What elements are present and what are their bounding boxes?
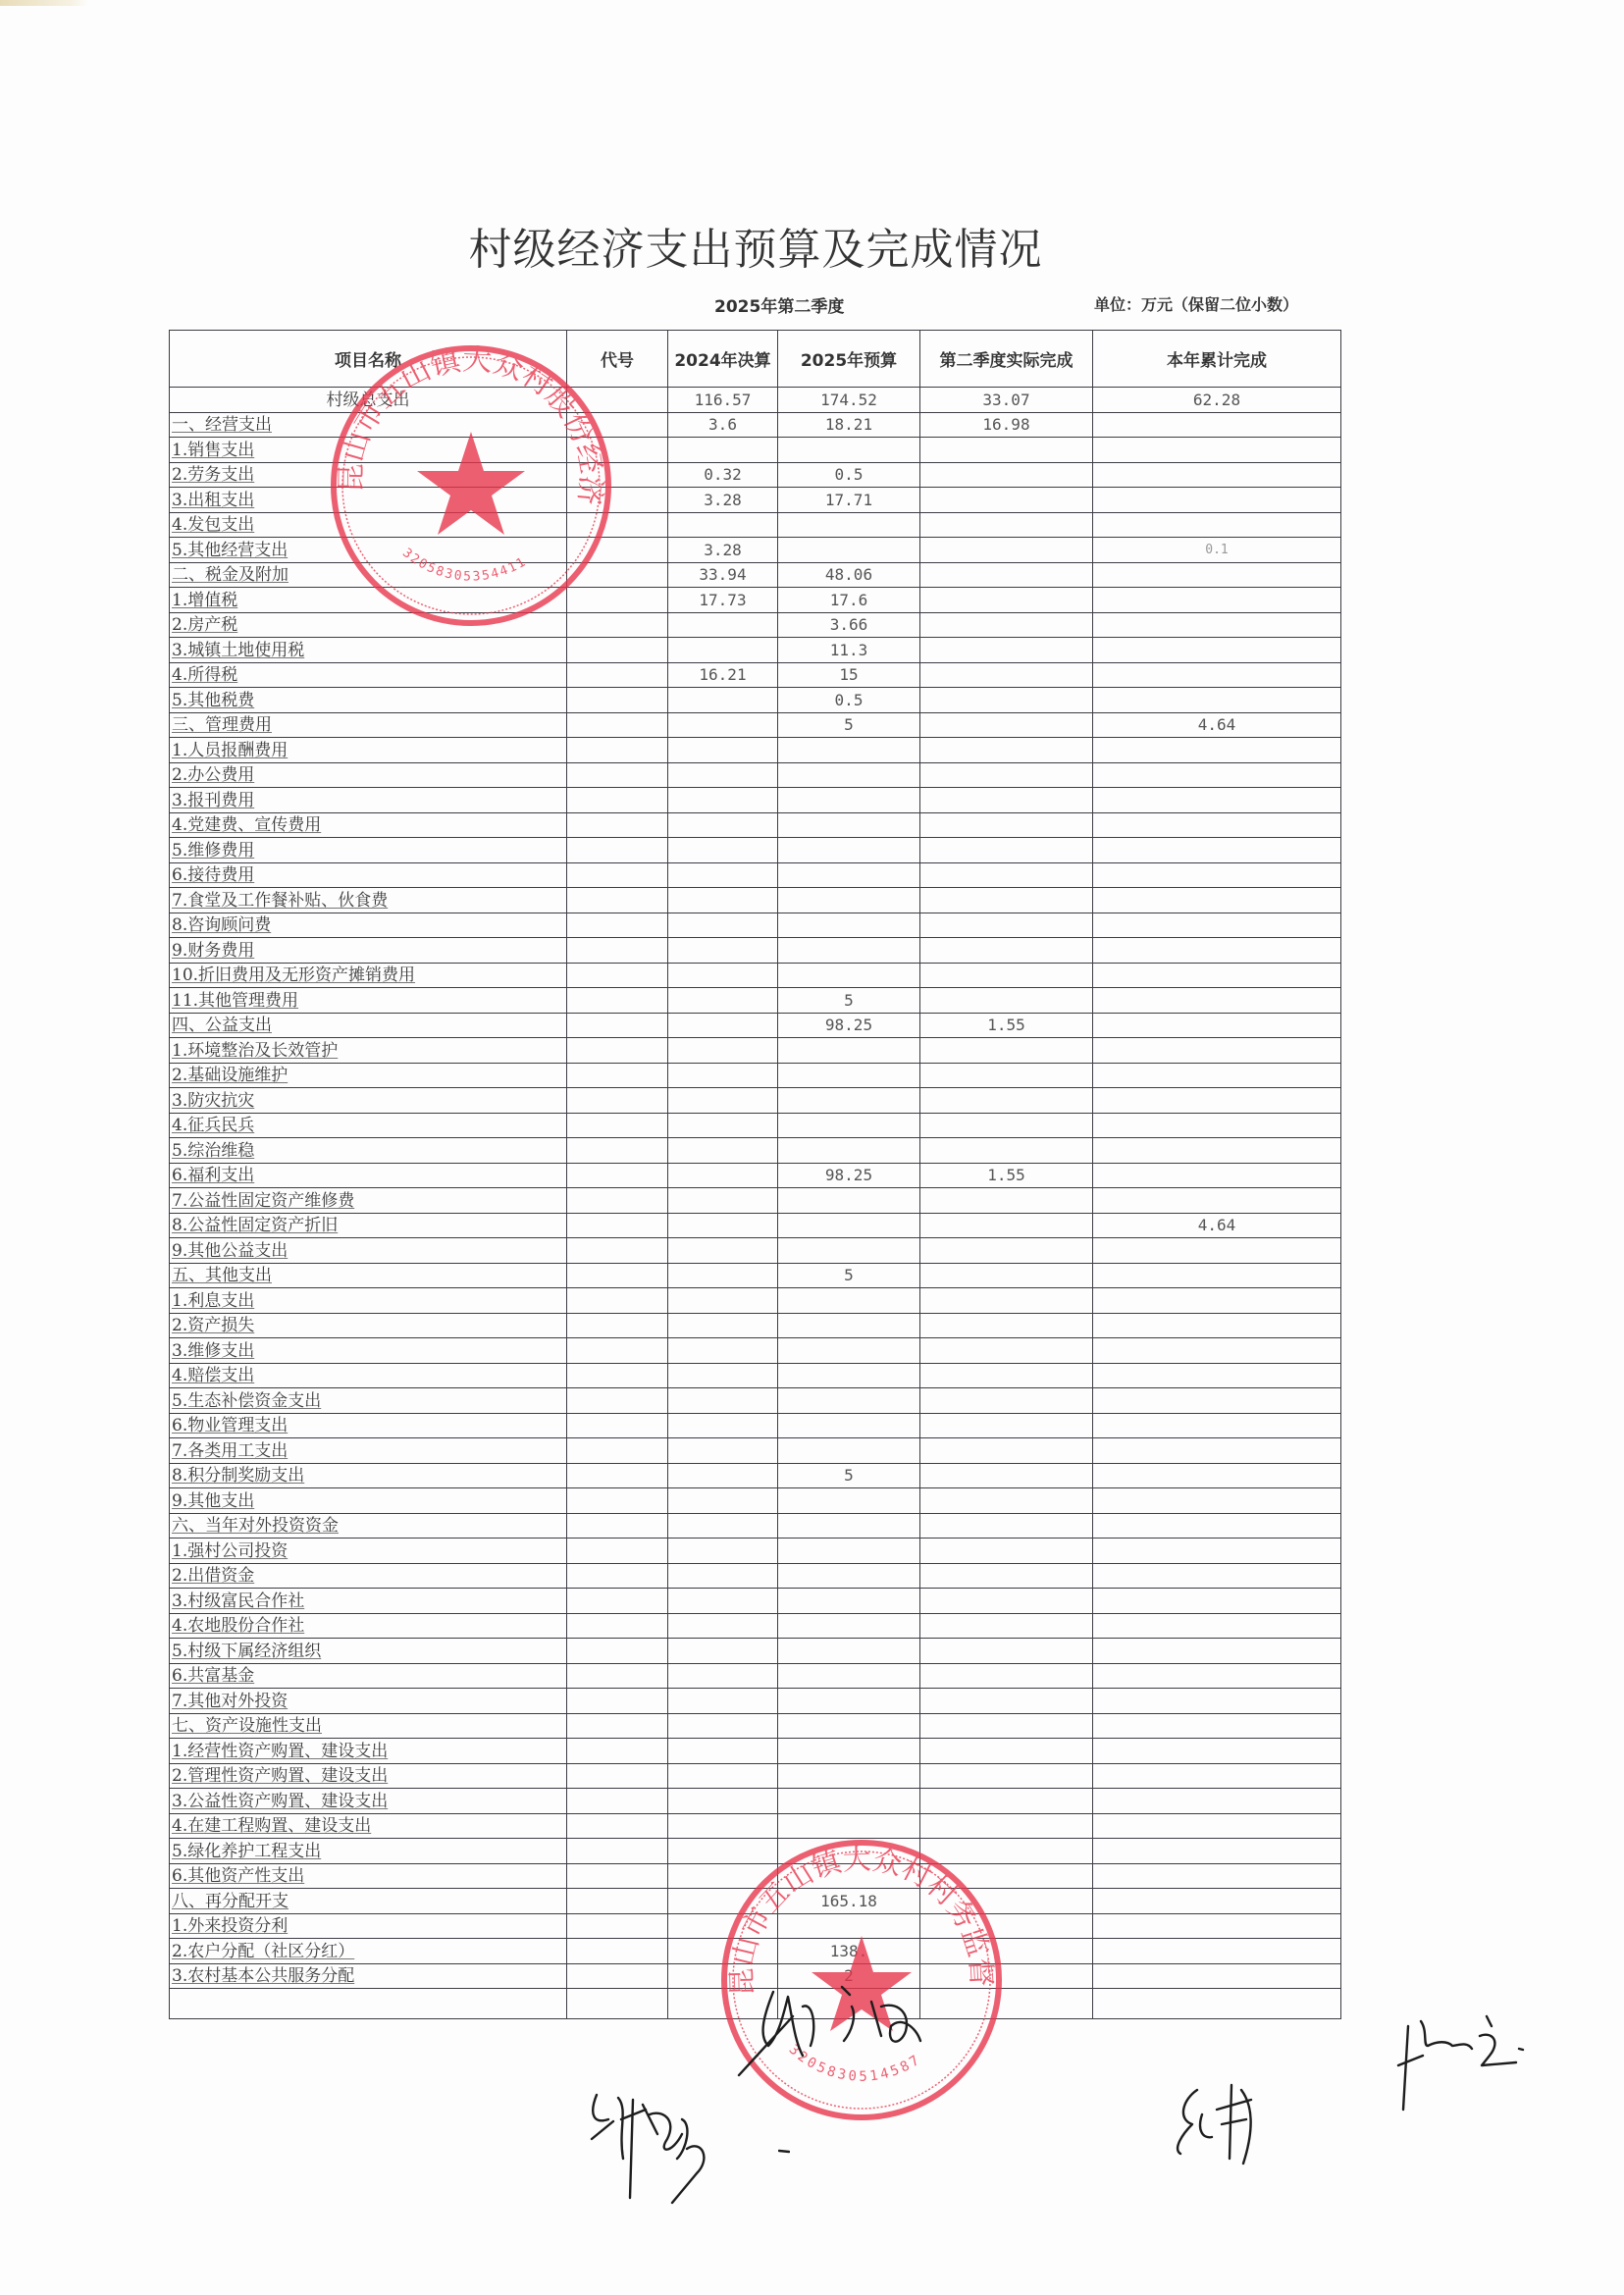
table-row: 9.其他公益支出: [170, 1238, 1341, 1264]
cell-budget-2025: [778, 1713, 920, 1739]
cell-budget-2025: [778, 1763, 920, 1789]
table-row: 7.各类用工支出: [170, 1438, 1341, 1464]
cell-q2-actual: [920, 1613, 1093, 1639]
cell-code: [567, 1413, 668, 1438]
table-row: 5.绿化养护工程支出: [170, 1839, 1341, 1864]
cell-budget-2025: [778, 1513, 920, 1539]
cell-item-name: 5.综治维稳: [170, 1138, 567, 1164]
cell-item-name: 7.食堂及工作餐补贴、伙食费: [170, 888, 567, 913]
cell-q2-actual: [920, 1689, 1093, 1714]
cell-budget-2025: [778, 1739, 920, 1764]
header-2025-budget: 2025年预算: [778, 331, 920, 388]
cell-q2-actual: [920, 1438, 1093, 1464]
table-row-section: 五、其他支出5: [170, 1263, 1341, 1288]
stroke-mark: [778, 2139, 790, 2145]
table-row: 2.农户分配（社区分红）138.: [170, 1939, 1341, 1964]
cell-budget-2025: 15: [778, 662, 920, 688]
cell-ytd-total: [1093, 1288, 1341, 1314]
cell-item-name: 9.财务费用: [170, 938, 567, 964]
cell-item-name: 村级总支出: [170, 388, 567, 413]
cell-code: [567, 688, 668, 713]
cell-code: [567, 988, 668, 1014]
cell-budget-2025: [778, 812, 920, 838]
header-item-name: 项目名称: [170, 331, 567, 388]
cell-q2-actual: [920, 1088, 1093, 1114]
cell-ytd-total: [1093, 512, 1341, 538]
cell-budget-2025: [778, 1113, 920, 1138]
signature-left: [589, 2080, 746, 2208]
table-row-section: 七、资产设施性支出: [170, 1713, 1341, 1739]
cell-q2-actual: [920, 1963, 1093, 1989]
cell-item-name: 6.其他资产性支出: [170, 1863, 567, 1889]
cell-actual-2024: [668, 1839, 778, 1864]
cell-actual-2024: [668, 1038, 778, 1064]
cell-actual-2024: [668, 1539, 778, 1564]
cell-budget-2025: [778, 1188, 920, 1214]
cell-item-name: 2.房产税: [170, 612, 567, 638]
cell-item-name: 10.折旧费用及无形资产摊销费用: [170, 963, 567, 988]
cell-item-name: 5.其他税费: [170, 688, 567, 713]
cell-actual-2024: [668, 638, 778, 663]
cell-ytd-total: [1093, 1513, 1341, 1539]
cell-actual-2024: [668, 1563, 778, 1589]
cell-budget-2025: [778, 1213, 920, 1238]
cell-actual-2024: [668, 1613, 778, 1639]
table-row: 6.物业管理支出: [170, 1413, 1341, 1438]
cell-actual-2024: [668, 838, 778, 863]
cell-item-name: 3.村级富民合作社: [170, 1589, 567, 1614]
cell-actual-2024: [668, 1163, 778, 1188]
cell-item-name: 4.征兵民兵: [170, 1113, 567, 1138]
cell-ytd-total: [1093, 812, 1341, 838]
cell-code: [567, 1663, 668, 1689]
cell-item-name: 4.党建费、宣传费用: [170, 812, 567, 838]
cell-q2-actual: [920, 1839, 1093, 1864]
table-row: 9.其他支出: [170, 1488, 1341, 1514]
cell-item-name: [170, 1989, 567, 2019]
cell-q2-actual: [920, 838, 1093, 863]
cell-actual-2024: [668, 1889, 778, 1914]
report-period: 2025年第二季度: [714, 292, 844, 317]
cell-q2-actual: [920, 612, 1093, 638]
cell-q2-actual: [920, 438, 1093, 463]
cell-code: [567, 1388, 668, 1414]
cell-actual-2024: [668, 1739, 778, 1764]
cell-ytd-total: [1093, 1963, 1341, 1989]
cell-ytd-total: [1093, 1338, 1341, 1364]
cell-budget-2025: 165.18: [778, 1889, 920, 1914]
cell-q2-actual: 1.55: [920, 1163, 1093, 1188]
cell-item-name: 六、当年对外投资资金: [170, 1513, 567, 1539]
cell-actual-2024: [668, 1188, 778, 1214]
header-code: 代号: [567, 331, 668, 388]
table-row: 6.共富基金: [170, 1663, 1341, 1689]
cell-q2-actual: [920, 938, 1093, 964]
cell-ytd-total: [1093, 1063, 1341, 1088]
cell-item-name: 八、再分配开支: [170, 1889, 567, 1914]
table-row: 4.所得税16.2115: [170, 662, 1341, 688]
cell-q2-actual: [920, 712, 1093, 738]
cell-budget-2025: 0.5: [778, 462, 920, 488]
cell-q2-actual: [920, 1863, 1093, 1889]
cell-code: [567, 1739, 668, 1764]
table-row: 3.农村基本公共服务分配2: [170, 1963, 1341, 1989]
cell-actual-2024: [668, 888, 778, 913]
cell-code: [567, 1863, 668, 1889]
table-row: 1.利息支出: [170, 1288, 1341, 1314]
cell-item-name: 1.人员报酬费用: [170, 738, 567, 763]
cell-budget-2025: [778, 738, 920, 763]
cell-q2-actual: [920, 812, 1093, 838]
cell-actual-2024: [668, 1663, 778, 1689]
cell-ytd-total: [1093, 1563, 1341, 1589]
cell-ytd-total: [1093, 1163, 1341, 1188]
cell-item-name: 2.劳务支出: [170, 462, 567, 488]
cell-code: [567, 1338, 668, 1364]
cell-item-name: 9.其他公益支出: [170, 1238, 567, 1264]
cell-code: [567, 562, 668, 588]
cell-actual-2024: [668, 1713, 778, 1739]
cell-ytd-total: [1093, 1539, 1341, 1564]
cell-actual-2024: [668, 612, 778, 638]
table-row: 2.出借资金: [170, 1563, 1341, 1589]
table-row: 5.综治维稳: [170, 1138, 1341, 1164]
cell-actual-2024: [668, 1963, 778, 1989]
cell-ytd-total: [1093, 1613, 1341, 1639]
cell-actual-2024: 3.28: [668, 488, 778, 513]
cell-ytd-total: [1093, 1789, 1341, 1814]
cell-code: [567, 963, 668, 988]
cell-code: [567, 838, 668, 863]
cell-actual-2024: [668, 812, 778, 838]
cell-actual-2024: 116.57: [668, 388, 778, 413]
cell-budget-2025: [778, 1639, 920, 1664]
table-row-section: 二、税金及附加33.9448.06: [170, 562, 1341, 588]
cell-code: [567, 1939, 668, 1964]
cell-q2-actual: [920, 1739, 1093, 1764]
cell-actual-2024: [668, 1363, 778, 1388]
table-row: 7.其他对外投资: [170, 1689, 1341, 1714]
cell-actual-2024: 3.28: [668, 538, 778, 563]
cell-item-name: 1.利息支出: [170, 1288, 567, 1314]
cell-q2-actual: [920, 1188, 1093, 1214]
cell-code: [567, 462, 668, 488]
cell-budget-2025: 2: [778, 1963, 920, 1989]
cell-code: [567, 1063, 668, 1088]
cell-q2-actual: [920, 762, 1093, 788]
table-row-total: 村级总支出116.57174.5233.0762.28: [170, 388, 1341, 413]
cell-ytd-total: [1093, 762, 1341, 788]
cell-actual-2024: [668, 1288, 778, 1314]
cell-budget-2025: 98.25: [778, 1013, 920, 1038]
cell-budget-2025: [778, 1038, 920, 1064]
cell-item-name: 4.所得税: [170, 662, 567, 688]
cell-q2-actual: [920, 1238, 1093, 1264]
cell-code: [567, 1113, 668, 1138]
cell-code: [567, 1589, 668, 1614]
cell-item-name: 9.其他支出: [170, 1488, 567, 1514]
cell-ytd-total: [1093, 438, 1341, 463]
cell-q2-actual: 1.55: [920, 1013, 1093, 1038]
cell-code: [567, 888, 668, 913]
cell-code: [567, 1363, 668, 1388]
table-row: 3.出租支出3.2817.71: [170, 488, 1341, 513]
table-row: 1.环境整治及长效管护: [170, 1038, 1341, 1064]
table-row: 2.劳务支出0.320.5: [170, 462, 1341, 488]
cell-budget-2025: [778, 1539, 920, 1564]
cell-item-name: 3.农村基本公共服务分配: [170, 1963, 567, 1989]
cell-code: [567, 1263, 668, 1288]
signature-margin: [1393, 2002, 1541, 2119]
table-row-section: 三、管理费用54.64: [170, 712, 1341, 738]
cell-item-name: 2.管理性资产购置、建设支出: [170, 1763, 567, 1789]
cell-ytd-total: 4.64: [1093, 1213, 1341, 1238]
cell-item-name: 7.其他对外投资: [170, 1689, 567, 1714]
cell-ytd-total: [1093, 1138, 1341, 1164]
cell-q2-actual: [920, 913, 1093, 938]
cell-item-name: 二、税金及附加: [170, 562, 567, 588]
cell-budget-2025: 5: [778, 1263, 920, 1288]
cell-budget-2025: 3.66: [778, 612, 920, 638]
cell-ytd-total: [1093, 1939, 1341, 1964]
cell-ytd-total: 62.28: [1093, 388, 1341, 413]
cell-q2-actual: [920, 1138, 1093, 1164]
cell-ytd-total: [1093, 1663, 1341, 1689]
cell-ytd-total: [1093, 1488, 1341, 1514]
cell-actual-2024: [668, 512, 778, 538]
cell-code: [567, 512, 668, 538]
cell-q2-actual: [920, 538, 1093, 563]
cell-actual-2024: [668, 788, 778, 813]
table-row: 4.征兵民兵: [170, 1113, 1341, 1138]
cell-q2-actual: [920, 1363, 1093, 1388]
cell-q2-actual: [920, 1488, 1093, 1514]
cell-ytd-total: [1093, 1113, 1341, 1138]
cell-budget-2025: [778, 1313, 920, 1338]
cell-ytd-total: 0.1: [1093, 538, 1341, 563]
table-row: 5.其他经营支出3.280.1: [170, 538, 1341, 563]
cell-item-name: 1.销售支出: [170, 438, 567, 463]
cell-actual-2024: [668, 1238, 778, 1264]
cell-q2-actual: [920, 1563, 1093, 1589]
cell-code: [567, 1088, 668, 1114]
cell-code: [567, 1438, 668, 1464]
cell-item-name: 8.咨询顾问费: [170, 913, 567, 938]
cell-actual-2024: [668, 1213, 778, 1238]
cell-ytd-total: [1093, 1188, 1341, 1214]
table-row: 3.城镇土地使用税11.3: [170, 638, 1341, 663]
cell-item-name: 7.各类用工支出: [170, 1438, 567, 1464]
cell-q2-actual: [920, 988, 1093, 1014]
cell-q2-actual: [920, 1763, 1093, 1789]
table-row: 2.管理性资产购置、建设支出: [170, 1763, 1341, 1789]
cell-budget-2025: [778, 1438, 920, 1464]
cell-ytd-total: [1093, 1589, 1341, 1614]
cell-ytd-total: [1093, 1463, 1341, 1488]
cell-actual-2024: [668, 988, 778, 1014]
cell-q2-actual: [920, 1663, 1093, 1689]
cell-budget-2025: [778, 1088, 920, 1114]
cell-item-name: 4.农地股份合作社: [170, 1613, 567, 1639]
unit-note: 单位：万元（保留二位小数）: [1094, 292, 1298, 315]
cell-budget-2025: [778, 1388, 920, 1414]
cell-code: [567, 1488, 668, 1514]
cell-actual-2024: [668, 1438, 778, 1464]
cell-budget-2025: [778, 938, 920, 964]
scan-edge-artifact: [0, 0, 88, 6]
cell-budget-2025: 5: [778, 1463, 920, 1488]
cell-ytd-total: [1093, 1313, 1341, 1338]
cell-actual-2024: [668, 1589, 778, 1614]
cell-budget-2025: [778, 1663, 920, 1689]
cell-actual-2024: [668, 1088, 778, 1114]
cell-q2-actual: [920, 1388, 1093, 1414]
cell-item-name: 1.环境整治及长效管护: [170, 1038, 567, 1064]
cell-budget-2025: [778, 1563, 920, 1589]
cell-actual-2024: [668, 1939, 778, 1964]
cell-code: [567, 538, 668, 563]
table-row: 10.折旧费用及无形资产摊销费用: [170, 963, 1341, 988]
cell-actual-2024: [668, 688, 778, 713]
cell-q2-actual: 33.07: [920, 388, 1093, 413]
table-row-section: 四、公益支出98.251.55: [170, 1013, 1341, 1038]
table-row: 8.积分制奖励支出5: [170, 1463, 1341, 1488]
cell-item-name: 4.在建工程购置、建设支出: [170, 1813, 567, 1839]
table-row: 2.房产税3.66: [170, 612, 1341, 638]
cell-code: [567, 1539, 668, 1564]
cell-code: [567, 1713, 668, 1739]
cell-actual-2024: 0.32: [668, 462, 778, 488]
cell-item-name: 五、其他支出: [170, 1263, 567, 1288]
table-row: 2.基础设施维护: [170, 1063, 1341, 1088]
cell-code: [567, 788, 668, 813]
cell-item-name: 8.积分制奖励支出: [170, 1463, 567, 1488]
cell-item-name: 2.农户分配（社区分红）: [170, 1939, 567, 1964]
cell-actual-2024: 3.6: [668, 412, 778, 438]
cell-item-name: 3.报刊费用: [170, 788, 567, 813]
cell-actual-2024: [668, 862, 778, 888]
cell-code: [567, 1513, 668, 1539]
cell-item-name: 7.公益性固定资产维修费: [170, 1188, 567, 1214]
cell-actual-2024: [668, 1813, 778, 1839]
cell-code: [567, 762, 668, 788]
cell-actual-2024: [668, 762, 778, 788]
cell-item-name: 5.生态补偿资金支出: [170, 1388, 567, 1414]
cell-code: [567, 1038, 668, 1064]
cell-budget-2025: [778, 1813, 920, 1839]
cell-code: [567, 1889, 668, 1914]
cell-item-name: 四、公益支出: [170, 1013, 567, 1038]
cell-item-name: 2.基础设施维护: [170, 1063, 567, 1088]
cell-code: [567, 488, 668, 513]
table-row: 8.咨询顾问费: [170, 913, 1341, 938]
cell-actual-2024: [668, 1313, 778, 1338]
cell-q2-actual: [920, 1288, 1093, 1314]
cell-ytd-total: [1093, 462, 1341, 488]
cell-budget-2025: [778, 538, 920, 563]
cell-item-name: 5.村级下属经济组织: [170, 1639, 567, 1664]
cell-ytd-total: [1093, 1689, 1341, 1714]
table-row: 1.经营性资产购置、建设支出: [170, 1739, 1341, 1764]
cell-q2-actual: [920, 588, 1093, 613]
cell-item-name: 6.接待费用: [170, 862, 567, 888]
cell-budget-2025: [778, 1488, 920, 1514]
cell-actual-2024: [668, 938, 778, 964]
cell-actual-2024: [668, 1263, 778, 1288]
cell-ytd-total: [1093, 1238, 1341, 1264]
cell-budget-2025: [778, 1613, 920, 1639]
table-row-section: 六、当年对外投资资金: [170, 1513, 1341, 1539]
cell-ytd-total: [1093, 1813, 1341, 1839]
table-row: 8.公益性固定资产折旧4.64: [170, 1213, 1341, 1238]
cell-actual-2024: [668, 1913, 778, 1939]
cell-item-name: 1.增值税: [170, 588, 567, 613]
document-title: 村级经济支出预算及完成情况: [0, 214, 1511, 277]
cell-q2-actual: [920, 562, 1093, 588]
cell-ytd-total: [1093, 913, 1341, 938]
cell-q2-actual: [920, 963, 1093, 988]
table-row: 1.外来投资分利: [170, 1913, 1341, 1939]
cell-ytd-total: [1093, 888, 1341, 913]
cell-item-name: 七、资产设施性支出: [170, 1713, 567, 1739]
cell-q2-actual: [920, 688, 1093, 713]
cell-ytd-total: [1093, 1989, 1341, 2019]
cell-ytd-total: [1093, 1713, 1341, 1739]
cell-code: [567, 1188, 668, 1214]
table-row: 5.维修费用: [170, 838, 1341, 863]
cell-q2-actual: [920, 1989, 1093, 2019]
cell-code: [567, 388, 668, 413]
cell-ytd-total: [1093, 588, 1341, 613]
cell-budget-2025: [778, 1863, 920, 1889]
cell-ytd-total: [1093, 1388, 1341, 1414]
cell-q2-actual: [920, 888, 1093, 913]
cell-actual-2024: [668, 738, 778, 763]
cell-item-name: 1.强村公司投资: [170, 1539, 567, 1564]
cell-ytd-total: [1093, 1913, 1341, 1939]
cell-q2-actual: [920, 462, 1093, 488]
cell-code: [567, 1763, 668, 1789]
cell-budget-2025: 0.5: [778, 688, 920, 713]
cell-item-name: 2.出借资金: [170, 1563, 567, 1589]
cell-ytd-total: [1093, 1013, 1341, 1038]
cell-q2-actual: [920, 638, 1093, 663]
table-row: 3.报刊费用: [170, 788, 1341, 813]
table-row: 1.强村公司投资: [170, 1539, 1341, 1564]
cell-code: [567, 438, 668, 463]
cell-budget-2025: 174.52: [778, 388, 920, 413]
cell-q2-actual: [920, 1813, 1093, 1839]
cell-budget-2025: [778, 762, 920, 788]
cell-actual-2024: [668, 1113, 778, 1138]
cell-item-name: 3.公益性资产购置、建设支出: [170, 1789, 567, 1814]
table-row: 3.防灾抗灾: [170, 1088, 1341, 1114]
cell-item-name: 2.资产损失: [170, 1313, 567, 1338]
cell-ytd-total: [1093, 612, 1341, 638]
cell-item-name: 3.出租支出: [170, 488, 567, 513]
cell-budget-2025: 48.06: [778, 562, 920, 588]
cell-budget-2025: [778, 1338, 920, 1364]
table-row: 5.生态补偿资金支出: [170, 1388, 1341, 1414]
table-row: 4.发包支出: [170, 512, 1341, 538]
table-row: 4.在建工程购置、建设支出: [170, 1813, 1341, 1839]
cell-code: [567, 1813, 668, 1839]
cell-budget-2025: 138.: [778, 1939, 920, 1964]
cell-q2-actual: [920, 1789, 1093, 1814]
cell-ytd-total: [1093, 788, 1341, 813]
cell-budget-2025: 17.71: [778, 488, 920, 513]
table-row: 9.财务费用: [170, 938, 1341, 964]
